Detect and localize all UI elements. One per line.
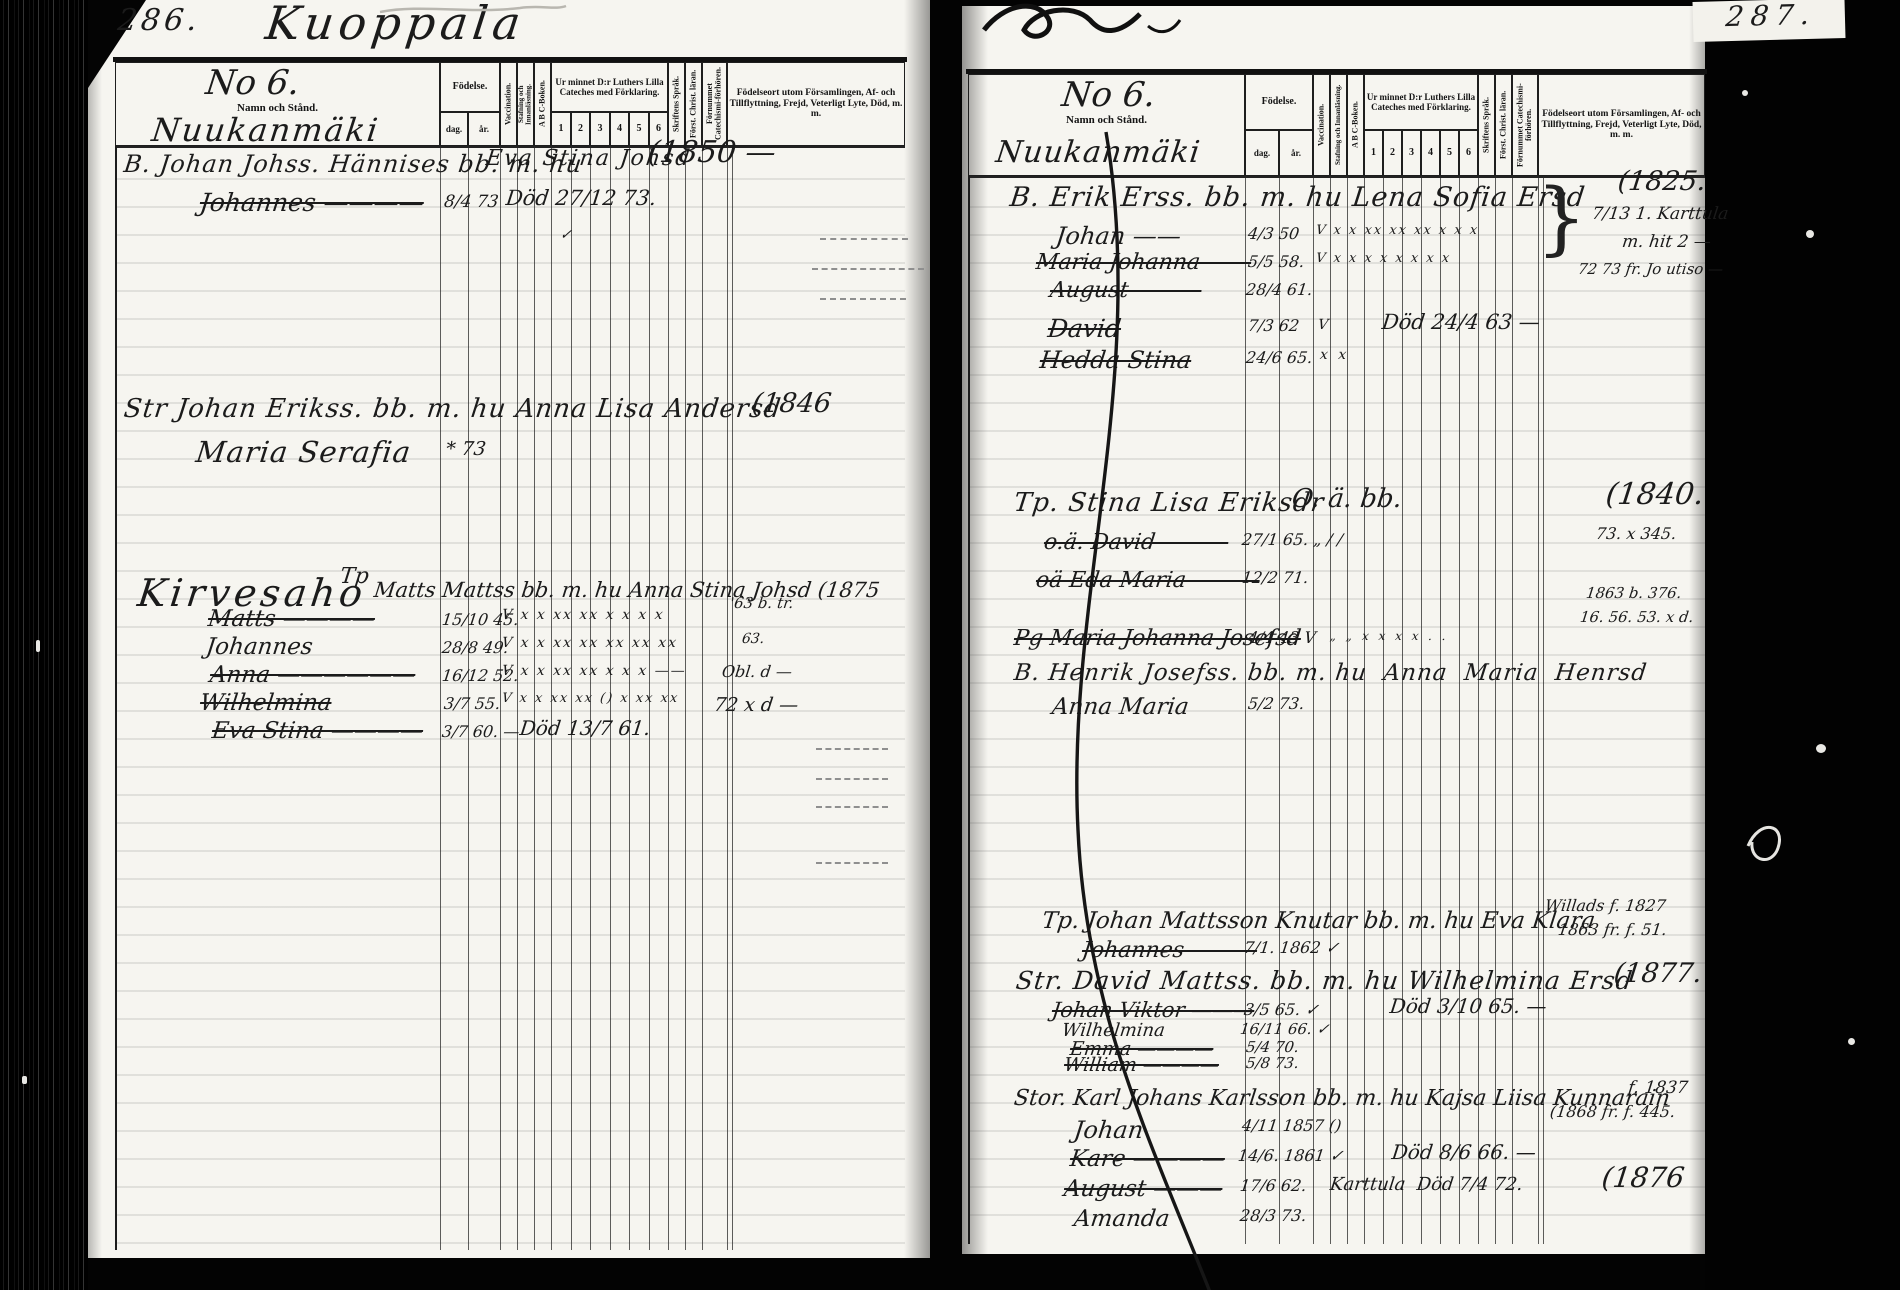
handwritten-entry: Willads f. 1827 [1544,898,1667,914]
handwritten-entry: ✓ [559,228,572,242]
handwritten-entry: 72 x d — [713,696,800,715]
ruled-dash [816,862,888,864]
handwritten-entry: Död 24/4 63 — [1381,312,1541,333]
handwritten-entry: V x x xx xx () x xx xx [501,692,680,705]
handwritten-entry: '63 b. tr. [729,596,794,611]
ruled-dash [812,268,924,270]
table-column-line [1478,176,1479,1244]
table-column-line [1330,176,1331,1244]
day-column-header: dag. [440,112,468,146]
table-column-line [440,146,441,1250]
handwritten-entry: V x x xx xx x x x x [501,608,665,622]
catechism-col-5: 5 [629,112,649,146]
handwritten-entry: Johan Viktor ——— [1051,1000,1256,1021]
year-column-header: år. [1279,130,1313,176]
handwritten-entry: B. Erik Erss. bb. m. hu Lena Sofia Ersd [1008,184,1587,211]
table-column-line [1347,176,1348,1244]
handwritten-entry: Död 8/6 66. — [1391,1142,1537,1162]
handwritten-entry: m. hit 2 — [1621,234,1712,251]
page-number-right: 287. [1725,1,1818,31]
ruled-dash [820,238,908,240]
handwritten-entry: (1846 [750,390,833,417]
handwritten-entry: Hedda Stina [1039,348,1193,372]
handwritten-entry: 14/6. 1861 ✓ [1237,1148,1344,1164]
scripture-language-column-header: Skriftens Språk. [668,62,685,146]
handwritten-entry: Anna —————— [209,664,417,687]
table-column-line [1538,176,1539,1244]
handwritten-entry: „ „ x x x x . . [1329,630,1449,642]
handwritten-entry: Död 3/10 65. — [1389,996,1548,1016]
birthplace-notes-column-header: Födelseort utom Församlingen, Af- och Ti… [1538,74,1705,176]
handwritten-entry: O. ä. bb. [1290,486,1403,512]
scan-artifact [1742,90,1748,96]
handwritten-entry: (1868 fr. f. 445. [1549,1104,1676,1120]
handwritten-entry: 12/2 71. [1241,570,1309,586]
table-column-line [702,146,703,1250]
handwritten-entry: Eva Stina ———— [211,720,425,743]
table-column-line [1383,176,1384,1244]
handwritten-entry: Amanda [1073,1208,1171,1231]
handwritten-entry: * 73 [445,440,487,459]
handwritten-entry: (1850 — [646,138,777,168]
village-name: Nuukanmäki [150,114,381,146]
year-column-header: år. [468,112,500,146]
abc-book-column-header: A B C-Boken. [534,62,551,146]
household-number: No 6. [1060,78,1158,112]
christian-doctrine-column-header: Först. Christ. läran. [685,62,702,146]
scan-right-edge [1705,0,1900,1290]
page-title: Kuoppala [263,0,528,46]
birth-column-header: Födelse. [440,62,500,112]
table-column-line [1313,176,1314,1244]
handwritten-entry: V x x x x x x x x [1315,252,1452,265]
vaccination-column-header: Vaccination. [500,62,517,146]
handwritten-entry: oä Eda Maria ——— [1035,570,1261,592]
handwritten-entry: 16. 56. 53. x d. [1579,610,1694,625]
handwritten-entry: Död 27/12 73. [505,188,658,209]
birthplace-notes-column-header: Födelseort utom Församlingen, Af- och Ti… [727,62,905,146]
handwritten-entry: 73. x 345. [1595,526,1677,542]
vaccination-column-header: Vaccination. [1313,74,1330,176]
handwritten-entry: August ——— [1063,1178,1224,1201]
handwritten-entry: Matts ———— [207,608,377,631]
table-column-line [1245,176,1246,1244]
handwritten-entry: 7/13 1. Karttula [1591,206,1729,223]
table-column-line [1421,176,1422,1244]
handwritten-entry: 7/1. 1862 ✓ [1243,940,1340,956]
header-bottom-border-right [968,176,1705,178]
spelling-column-header: Stafning och Innanläsning. [1330,74,1347,176]
handwritten-entry: 16/11 66. ✓ [1239,1022,1330,1037]
handwritten-entry: Str Johan Erikss. bb. m. hu Anna Lisa An… [122,396,783,422]
handwritten-entry: 63. [741,632,765,646]
handwritten-entry: 17/6 62. [1239,1178,1307,1194]
ruled-dash [816,748,888,750]
handwritten-entry: 5/2 73. [1247,696,1305,712]
handwritten-entry: Kare ———— [1069,1148,1227,1171]
scan-artifact [36,640,40,652]
handwritten-entry: f. 1837 [1627,1080,1689,1097]
table-column-line [115,146,117,1250]
handwritten-entry: 3/5 65. ✓ [1243,1002,1320,1018]
table-column-line [1459,176,1460,1244]
table-column-line [1495,176,1496,1244]
handwritten-entry: 3/7 60. — [441,724,520,740]
abc-book-column-header: A B C-Boken. [1347,74,1364,176]
handwritten-entry: 28/8 49. [441,640,509,656]
catechism-col-2: 2 [571,112,590,146]
table-column-line [1543,176,1544,1244]
handwritten-entry: o.ä. David ——— [1043,532,1230,554]
handwritten-entry: V x x xx xx xx xx xx [501,636,679,650]
handwritten-entry: Str. David Mattss. bb. m. hu Wilhelmina … [1014,968,1634,993]
catechism-column-header: Ur minnet D:r Luthers Lilla Cateches med… [1364,74,1478,130]
handwritten-entry: B. Henrik Josefss. bb. m. hu Anna Maria … [1013,662,1649,685]
handwritten-entry: V x x xx xx xx x x x [1315,224,1480,237]
village-name: Nuukanmäki [994,138,1202,168]
scan-left-edge [0,0,88,1290]
handwritten-entry: 1863 b. 376. [1585,586,1682,601]
handwritten-entry: Johan [1073,1118,1145,1142]
handwritten-entry: (1840. [1604,480,1705,510]
handwritten-entry: 1863 fr. f. 51. [1557,922,1668,938]
handwritten-entry: Obl. d — [721,664,793,680]
catechism-column-header: Ur minnet D:r Luthers Lilla Cateches med… [551,62,668,112]
handwritten-entry: 28/4 61. [1245,282,1313,298]
handwritten-entry: 24/6 65. [1245,350,1313,366]
scan-artifact [1816,744,1826,753]
catechism-col-4: 4 [610,112,629,146]
handwritten-entry: 27/1 65. „ / / [1241,532,1344,548]
scan-artifact [1806,230,1814,238]
handwritten-entry: V x x xx xx x x x —— [501,664,688,678]
handwritten-entry: Karttula Död 7/4 72. [1329,1176,1524,1194]
table-column-line [1512,176,1513,1244]
handwritten-entry: (1825. [1616,168,1707,195]
handwritten-entry: 4/4 43 V [1247,630,1317,646]
table-column-line [968,176,970,1244]
catechism-col-2: 2 [1383,130,1402,176]
handwritten-entry: Tp [339,566,370,588]
christian-doctrine-column-header: Först. Christ. läran. [1495,74,1512,176]
handwritten-entry: August ——— [1049,280,1203,302]
catechism-col-3: 3 [590,112,610,146]
ruled-dash [816,778,888,780]
ruled-dash [820,298,906,300]
name-column-header: Namn och Stånd. [968,114,1245,126]
table-column-line [1402,176,1403,1244]
table-column-line [1440,176,1441,1244]
catechism-col-1: 1 [551,112,571,146]
handwritten-entry: 5/4 70. [1245,1040,1300,1055]
handwritten-entry: Johannes ———— [198,190,425,215]
handwritten-entry: Maria Serafia [194,438,413,467]
page-number-left: 286. [116,6,202,36]
spelling-column-header: Stafning och Innanläsning. [517,62,534,146]
scanned-book-spread: 286. Kuoppala 287. No 6. Namn och Stånd.… [0,0,1900,1290]
handwritten-entry: 4/11 1857 () [1241,1118,1342,1134]
scan-artifact [1848,1038,1855,1045]
handwritten-entry: (1876 [1600,1164,1686,1192]
catechism-exams-column-header: Förnummet Catechismi-förhören. [702,62,727,146]
day-column-header: dag. [1245,130,1279,176]
handwritten-entry: 5/5 58. [1247,254,1305,270]
handwritten-entry: David [1046,316,1122,341]
handwritten-entry: 7/3 62 [1247,318,1300,334]
handwritten-entry: Johannes [205,636,314,659]
catechism-col-1: 1 [1364,130,1383,176]
scripture-language-column-header: Skriftens Språk. [1478,74,1495,176]
handwritten-entry: (1877. [1612,960,1703,987]
handwritten-entry: Död 13/7 61. [519,718,652,738]
handwritten-entry: Matts Mattss bb. m. hu Anna Stina Johsd … [373,580,881,601]
handwritten-entry: 3/7 55. [443,696,501,712]
table-column-line [1364,176,1365,1244]
handwritten-entry: 28/3 73. [1239,1208,1307,1224]
handwritten-entry: 72 73 fr. Jo utiso — [1577,262,1724,277]
handwritten-entry: 8/4 73 [443,194,499,211]
handwritten-entry: Johan —— [1055,224,1183,248]
birth-column-header: Födelse. [1245,74,1313,130]
handwritten-entry: V [1317,318,1329,332]
handwritten-entry: Wilhelmina [199,692,333,715]
handwritten-entry: Johannes ——— [1081,940,1259,962]
handwritten-entry: 4/3 50 [1247,226,1300,242]
handwritten-entry: Anna Maria [1051,696,1190,719]
scan-artifact [22,1076,27,1084]
catechism-col-6: 6 [1459,130,1478,176]
table-column-line [685,146,686,1250]
catechism-col-4: 4 [1421,130,1440,176]
catechism-col-5: 5 [1440,130,1459,176]
handwritten-entry: 5/8 73. [1245,1056,1300,1071]
handwritten-entry: Maria Johanna —— [1035,252,1253,274]
handwritten-entry: Tp. Stina Lisa Eriksdr [1012,490,1325,516]
catechism-exams-column-header: Förnummet Catechismi-förhören. [1512,74,1538,176]
handwritten-entry: William ———— [1063,1056,1220,1075]
household-number: No 6. [204,66,302,100]
catechism-col-3: 3 [1402,130,1421,176]
handwritten-entry: Tp. Johan Mattsson Knutar bb. m. hu Eva … [1041,910,1597,933]
ruled-dash [816,806,888,808]
handwritten-entry: } [1536,178,1587,258]
handwritten-entry: x x [1319,348,1350,362]
